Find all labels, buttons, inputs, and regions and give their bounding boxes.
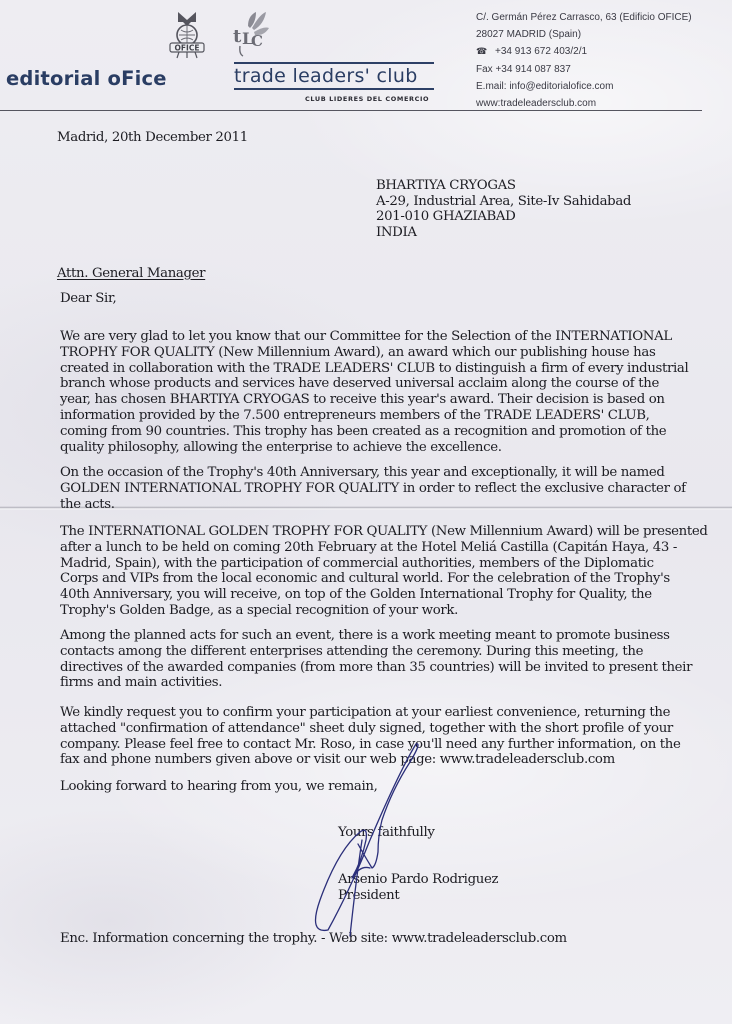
tlc-name: trade leaders' club [234, 64, 434, 88]
svg-text:OFICE: OFICE [175, 44, 200, 53]
recipient-country: INDIA [376, 225, 631, 241]
paragraph-line: directives of the awarded companies (fro… [60, 660, 692, 676]
letter-date: Madrid, 20th December 2011 [57, 130, 248, 146]
recipient-street: A-29, Industrial Area, Site-Iv Sahidabad [376, 194, 631, 210]
paragraph-line: contacts among the different enterprises… [60, 644, 692, 660]
paragraph-line: company. Please feel free to contact Mr.… [60, 737, 681, 753]
paragraph-line: coming from 90 countries. This trophy ha… [60, 424, 688, 440]
salutation: Dear Sir, [60, 291, 116, 307]
paragraph-line: We are very glad to let you know that ou… [60, 329, 688, 345]
paragraph-line: quality philosophy, allowing the enterpr… [60, 440, 688, 456]
phone-number: +34 913 672 403/2/1 [495, 46, 587, 57]
paragraph-line: information provided by the 7.500 entrep… [60, 408, 688, 424]
signer-name: Arsenio Pardo Rodriguez [338, 872, 498, 888]
editorial-ofice-wordmark: editorial oFice [6, 67, 167, 90]
paragraph-line: branch whose products and services have … [60, 376, 688, 392]
recipient-city: 201-010 GHAZIABAD [376, 209, 631, 225]
tlc-monogram-logo-icon: t L C [230, 10, 270, 60]
paragraph-line: Corps and VIPs from the local economic a… [60, 571, 708, 587]
paragraph-line: The INTERNATIONAL GOLDEN TROPHY FOR QUAL… [60, 524, 708, 540]
fax-line: Fax +34 914 087 837 [476, 61, 692, 78]
signer-title: President [338, 888, 498, 904]
paragraph-line: firms and main activities. [60, 675, 692, 691]
paragraph-line: attached "confirmation of attendance" sh… [60, 721, 681, 737]
paragraph-line: the acts. [60, 497, 686, 513]
paragraph-line: Trophy's Golden Badge, as a special reco… [60, 603, 708, 619]
letterhead-divider [0, 110, 702, 111]
paragraph-2: On the occasion of the Trophy's 40th Ann… [60, 465, 686, 512]
phone-icon: ☎ [476, 43, 486, 60]
svg-text:C: C [251, 32, 263, 50]
paragraph-3: The INTERNATIONAL GOLDEN TROPHY FOR QUAL… [60, 524, 708, 619]
address-line-1: C/. Germán Pérez Carrasco, 63 (Edificio … [476, 9, 692, 26]
email-line: E.mail: info@editorialofice.com [476, 78, 692, 95]
paragraph-line: We kindly request you to confirm your pa… [60, 705, 681, 721]
tlc-subtitle: CLUB LIDERES DEL COMERCIO [305, 95, 429, 103]
ofice-crest-logo-icon: OFICE [166, 10, 208, 60]
paragraph-line: after a lunch to be held on coming 20th … [60, 540, 708, 556]
address-line-2: 28027 MADRID (Spain) [476, 26, 692, 43]
recipient-address: BHARTIYA CRYOGAS A-29, Industrial Area, … [376, 178, 631, 240]
closing-line: Looking forward to hearing from you, we … [60, 779, 377, 795]
paragraph-line: fax and phone numbers given above or vis… [60, 752, 681, 768]
paragraph-1: We are very glad to let you know that ou… [60, 329, 688, 455]
trade-leaders-club-wordmark: trade leaders' club [234, 62, 434, 90]
paragraph-5: We kindly request you to confirm your pa… [60, 705, 681, 768]
enclosure-note: Enc. Information concerning the trophy. … [60, 931, 567, 947]
paragraph-line: TROPHY FOR QUALITY (New Millennium Award… [60, 345, 688, 361]
phone-line: ☎+34 913 672 403/2/1 [476, 43, 692, 60]
paragraph-4: Among the planned acts for such an event… [60, 628, 692, 691]
signer-block: Arsenio Pardo Rodriguez President [338, 872, 498, 904]
paragraph-line: year, has chosen BHARTIYA CRYOGAS to rec… [60, 392, 688, 408]
paragraph-line: Among the planned acts for such an event… [60, 628, 692, 644]
letterhead-contact-block: C/. Germán Pérez Carrasco, 63 (Edificio … [476, 9, 692, 112]
tlc-bottom-rule [234, 88, 434, 90]
paragraph-line: GOLDEN INTERNATIONAL TROPHY FOR QUALITY … [60, 481, 686, 497]
letter-page: editorial oFice OFICE t L C trade leader… [0, 0, 732, 1024]
paragraph-line: On the occasion of the Trophy's 40th Ann… [60, 465, 686, 481]
paragraph-line: created in collaboration with the TRADE … [60, 361, 688, 377]
paragraph-line: 40th Anniversary, you will receive, on t… [60, 587, 708, 603]
paragraph-line: Madrid, Spain), with the participation o… [60, 556, 708, 572]
svg-text:t: t [233, 26, 242, 47]
valediction: Yours faithfully [338, 825, 435, 841]
attention-line: Attn. General Manager [57, 266, 205, 282]
recipient-company: BHARTIYA CRYOGAS [376, 178, 631, 194]
